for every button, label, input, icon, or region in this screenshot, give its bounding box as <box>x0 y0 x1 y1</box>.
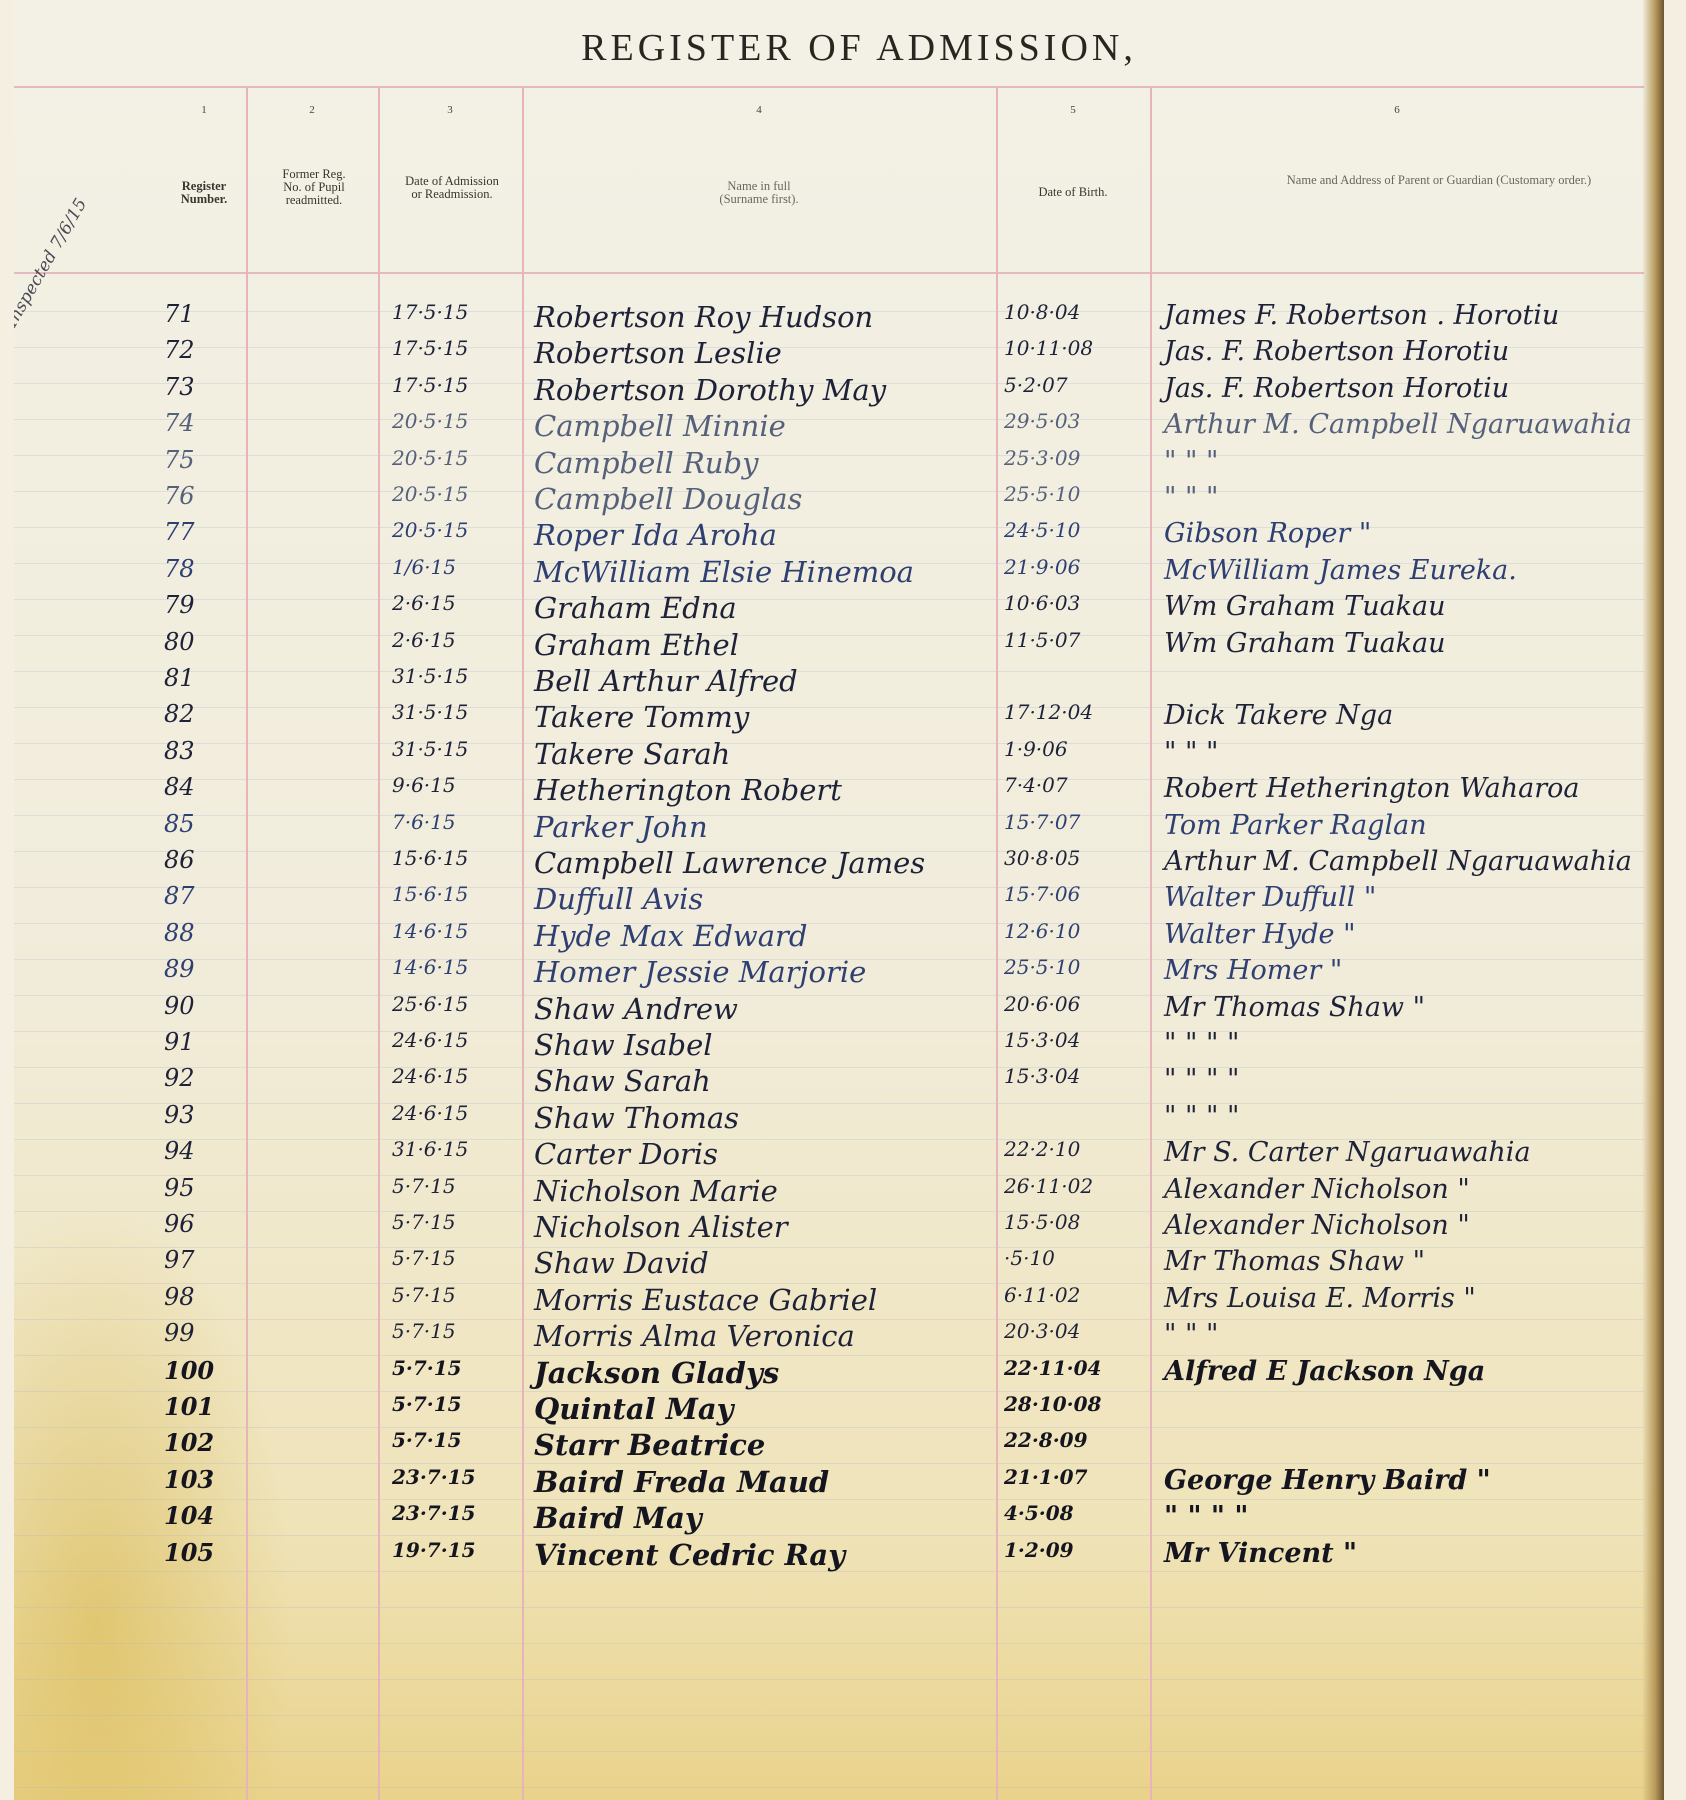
date-of-birth: 15·7·07 <box>1004 810 1154 846</box>
date-of-birth: 15·7·06 <box>1004 882 1154 918</box>
table-row: 94 31·6·15 Carter Doris 22·2·10 Mr S. Ca… <box>14 1137 1644 1173</box>
table-row: 96 5·7·15 Nicholson Alister 15·5·08 Alex… <box>14 1210 1644 1246</box>
pupil-name: Starr Beatrice <box>534 1428 1004 1464</box>
date-of-birth: 25·3·09 <box>1004 446 1154 482</box>
pupil-name: Takere Tommy <box>534 700 1004 736</box>
date-of-birth: 17·12·04 <box>1004 700 1154 736</box>
date-of-birth: ·5·10 <box>1004 1246 1154 1282</box>
register-number: 80 <box>164 628 254 664</box>
table-row: 103 23·7·15 Baird Freda Maud 21·1·07 Geo… <box>14 1465 1644 1501</box>
admission-date: 14·6·15 <box>392 955 532 991</box>
admission-date: 5·7·15 <box>392 1319 532 1355</box>
register-number: 93 <box>164 1101 254 1137</box>
date-of-birth: 10·11·08 <box>1004 336 1154 372</box>
parent-guardian: " " " <box>1164 1319 1644 1355</box>
pupil-name: Campbell Ruby <box>534 446 1004 482</box>
parent-guardian: Mrs Louisa E. Morris " <box>1164 1283 1644 1319</box>
parent-guardian: Alexander Nicholson " <box>1164 1210 1644 1246</box>
table-row: 79 2·6·15 Graham Edna 10·6·03 Wm Graham … <box>14 591 1644 627</box>
pupil-name: Carter Doris <box>534 1137 1004 1173</box>
pupil-name: Roper Ida Aroha <box>534 518 1004 554</box>
date-of-birth: 21·9·06 <box>1004 555 1154 591</box>
register-number: 98 <box>164 1283 254 1319</box>
register-number: 99 <box>164 1319 254 1355</box>
pupil-name: Graham Ethel <box>534 628 1004 664</box>
admission-date: 24·6·15 <box>392 1064 532 1100</box>
admission-date: 17·5·15 <box>392 336 532 372</box>
table-row: 80 2·6·15 Graham Ethel 11·5·07 Wm Graham… <box>14 628 1644 664</box>
register-number: 84 <box>164 773 254 809</box>
parent-guardian: " " " " <box>1164 1028 1644 1064</box>
table-row: 85 7·6·15 Parker John 15·7·07 Tom Parker… <box>14 810 1644 846</box>
parent-guardian: Robert Hetherington Waharoa <box>1164 773 1644 809</box>
admission-date: 20·5·15 <box>392 409 532 445</box>
admission-date: 5·7·15 <box>392 1356 532 1392</box>
parent-guardian: Alexander Nicholson " <box>1164 1174 1644 1210</box>
register-number: 91 <box>164 1028 254 1064</box>
pupil-name: Morris Alma Veronica <box>534 1319 1004 1355</box>
table-row: 98 5·7·15 Morris Eustace Gabriel 6·11·02… <box>14 1283 1644 1319</box>
pupil-name: Baird Freda Maud <box>534 1465 1004 1501</box>
date-of-birth: 1·9·06 <box>1004 737 1154 773</box>
admission-date: 20·5·15 <box>392 482 532 518</box>
parent-guardian: " " " " <box>1164 1101 1644 1137</box>
admission-date: 5·7·15 <box>392 1210 532 1246</box>
date-of-birth: 28·10·08 <box>1004 1392 1154 1428</box>
date-of-birth: 20·3·04 <box>1004 1319 1154 1355</box>
register-number: 103 <box>164 1465 254 1501</box>
parent-guardian: Mr Vincent " <box>1164 1538 1644 1574</box>
register-number: 72 <box>164 336 254 372</box>
date-of-birth: 6·11·02 <box>1004 1283 1154 1319</box>
parent-guardian: McWilliam James Eureka. <box>1164 555 1644 591</box>
admission-date: 23·7·15 <box>392 1501 532 1537</box>
column-number: 3 <box>378 104 522 116</box>
parent-guardian: Wm Graham Tuakau <box>1164 628 1644 664</box>
admission-date: 31·6·15 <box>392 1137 532 1173</box>
admission-date: 14·6·15 <box>392 919 532 955</box>
admission-date: 7·6·15 <box>392 810 532 846</box>
date-of-birth: 21·1·07 <box>1004 1465 1154 1501</box>
parent-guardian <box>1164 1428 1644 1464</box>
date-of-birth: 25·5·10 <box>1004 955 1154 991</box>
table-row: 104 23·7·15 Baird May 4·5·08 " " " " <box>14 1501 1644 1537</box>
table-row: 81 31·5·15 Bell Arthur Alfred <box>14 664 1644 700</box>
parent-guardian: " " " " <box>1164 1064 1644 1100</box>
date-of-birth: 4·5·08 <box>1004 1501 1154 1537</box>
table-row: 88 14·6·15 Hyde Max Edward 12·6·10 Walte… <box>14 919 1644 955</box>
register-number: 95 <box>164 1174 254 1210</box>
table-row: 87 15·6·15 Duffull Avis 15·7·06 Walter D… <box>14 882 1644 918</box>
admission-date: 5·7·15 <box>392 1246 532 1282</box>
parent-guardian: Gibson Roper " <box>1164 518 1644 554</box>
table-row: 97 5·7·15 Shaw David ·5·10 Mr Thomas Sha… <box>14 1246 1644 1282</box>
parent-guardian: Wm Graham Tuakau <box>1164 591 1644 627</box>
admission-date: 5·7·15 <box>392 1283 532 1319</box>
date-of-birth: 15·5·08 <box>1004 1210 1154 1246</box>
admission-date: 5·7·15 <box>392 1174 532 1210</box>
pupil-name: Takere Sarah <box>534 737 1004 773</box>
register-number: 74 <box>164 409 254 445</box>
date-of-birth: 1·2·09 <box>1004 1538 1154 1574</box>
admission-date: 17·5·15 <box>392 373 532 409</box>
table-row: 71 17·5·15 Robertson Roy Hudson 10·8·04 … <box>14 300 1644 336</box>
table-row: 105 19·7·15 Vincent Cedric Ray 1·2·09 Mr… <box>14 1538 1644 1574</box>
pupil-name: Campbell Douglas <box>534 482 1004 518</box>
register-number: 81 <box>164 664 254 700</box>
table-row: 89 14·6·15 Homer Jessie Marjorie 25·5·10… <box>14 955 1644 991</box>
parent-guardian: Mrs Homer " <box>1164 955 1644 991</box>
parent-guardian: Mr Thomas Shaw " <box>1164 1246 1644 1282</box>
date-of-birth: 22·2·10 <box>1004 1137 1154 1173</box>
table-row: 75 20·5·15 Campbell Ruby 25·3·09 " " " <box>14 446 1644 482</box>
pupil-name: Graham Edna <box>534 591 1004 627</box>
date-of-birth <box>1004 664 1154 700</box>
pupil-name: Jackson Gladys <box>534 1356 1004 1392</box>
register-number: 92 <box>164 1064 254 1100</box>
parent-guardian: Arthur M. Campbell Ngaruawahia <box>1164 409 1644 445</box>
pupil-name: Robertson Leslie <box>534 336 1004 372</box>
date-of-birth: 26·11·02 <box>1004 1174 1154 1210</box>
column-number: 1 <box>164 104 244 116</box>
register-number: 89 <box>164 955 254 991</box>
table-row: 73 17·5·15 Robertson Dorothy May 5·2·07 … <box>14 373 1644 409</box>
column-number: 5 <box>996 104 1150 116</box>
register-number: 86 <box>164 846 254 882</box>
pupil-name: Robertson Dorothy May <box>534 373 1004 409</box>
pupil-name: Shaw Isabel <box>534 1028 1004 1064</box>
admission-date: 5·7·15 <box>392 1428 532 1464</box>
column-header-name: Name in full (Surname first). <box>704 180 814 206</box>
pupil-name: Hyde Max Edward <box>534 919 1004 955</box>
pupil-name: Parker John <box>534 810 1004 846</box>
date-of-birth: 11·5·07 <box>1004 628 1154 664</box>
date-of-birth: 15·3·04 <box>1004 1064 1154 1100</box>
table-row: 100 5·7·15 Jackson Gladys 22·11·04 Alfre… <box>14 1356 1644 1392</box>
table-row: 82 31·5·15 Takere Tommy 17·12·04 Dick Ta… <box>14 700 1644 736</box>
parent-guardian <box>1164 1392 1644 1428</box>
date-of-birth: 22·11·04 <box>1004 1356 1154 1392</box>
pupil-name: Homer Jessie Marjorie <box>534 955 1004 991</box>
parent-guardian: Dick Takere Nga <box>1164 700 1644 736</box>
date-of-birth: 15·3·04 <box>1004 1028 1154 1064</box>
column-number: 2 <box>246 104 378 116</box>
column-header-date-admission: Date of Admission or Readmission. <box>404 175 500 201</box>
parent-guardian: " " " <box>1164 482 1644 518</box>
register-number: 104 <box>164 1501 254 1537</box>
register-number: 96 <box>164 1210 254 1246</box>
date-of-birth: 20·6·06 <box>1004 992 1154 1028</box>
table-row: 93 24·6·15 Shaw Thomas " " " " <box>14 1101 1644 1137</box>
date-of-birth: 30·8·05 <box>1004 846 1154 882</box>
column-header-former-reg: Former Reg. No. of Pupil readmitted. <box>276 168 352 207</box>
pupil-name: Quintal May <box>534 1392 1004 1428</box>
table-row: 86 15·6·15 Campbell Lawrence James 30·8·… <box>14 846 1644 882</box>
date-of-birth: 12·6·10 <box>1004 919 1154 955</box>
table-row: 90 25·6·15 Shaw Andrew 20·6·06 Mr Thomas… <box>14 992 1644 1028</box>
pupil-name: Shaw Andrew <box>534 992 1004 1028</box>
table-row: 92 24·6·15 Shaw Sarah 15·3·04 " " " " <box>14 1064 1644 1100</box>
register-number: 102 <box>164 1428 254 1464</box>
register-number: 94 <box>164 1137 254 1173</box>
table-row: 101 5·7·15 Quintal May 28·10·08 <box>14 1392 1644 1428</box>
column-header-parent-guardian: Name and Address of Parent or Guardian (… <box>1274 174 1604 187</box>
parent-guardian: Jas. F. Robertson Horotiu <box>1164 336 1644 372</box>
register-number: 73 <box>164 373 254 409</box>
parent-guardian: Walter Duffull " <box>1164 882 1644 918</box>
pupil-name: Campbell Lawrence James <box>534 846 1004 882</box>
admission-date: 20·5·15 <box>392 518 532 554</box>
pupil-name: Duffull Avis <box>534 882 1004 918</box>
pupil-name: Nicholson Marie <box>534 1174 1004 1210</box>
admission-date: 19·7·15 <box>392 1538 532 1574</box>
date-of-birth: 7·4·07 <box>1004 773 1154 809</box>
column-number: 4 <box>522 104 996 116</box>
register-number: 75 <box>164 446 254 482</box>
pupil-name: Nicholson Alister <box>534 1210 1004 1246</box>
date-of-birth: 10·8·04 <box>1004 300 1154 336</box>
register-number: 101 <box>164 1392 254 1428</box>
parent-guardian: Alfred E Jackson Nga <box>1164 1356 1644 1392</box>
register-number: 87 <box>164 882 254 918</box>
register-page: REGISTER OF ADMISSION, 1 2 3 4 5 6 Regis… <box>14 0 1664 1800</box>
register-number: 90 <box>164 992 254 1028</box>
admission-date: 24·6·15 <box>392 1028 532 1064</box>
admission-date: 25·6·15 <box>392 992 532 1028</box>
pupil-name: Baird May <box>534 1501 1004 1537</box>
register-number: 78 <box>164 555 254 591</box>
admission-date: 31·5·15 <box>392 664 532 700</box>
register-number: 85 <box>164 810 254 846</box>
parent-guardian: Jas. F. Robertson Horotiu <box>1164 373 1644 409</box>
date-of-birth: 22·8·09 <box>1004 1428 1154 1464</box>
date-of-birth: 24·5·10 <box>1004 518 1154 554</box>
register-number: 76 <box>164 482 254 518</box>
table-row: 78 1/6·15 McWilliam Elsie Hinemoa 21·9·0… <box>14 555 1644 591</box>
pupil-name: Campbell Minnie <box>534 409 1004 445</box>
parent-guardian: George Henry Baird " <box>1164 1465 1644 1501</box>
pupil-name: Shaw Sarah <box>534 1064 1004 1100</box>
parent-guardian: " " " <box>1164 446 1644 482</box>
pupil-name: McWilliam Elsie Hinemoa <box>534 555 1004 591</box>
parent-guardian: James F. Robertson . Horotiu <box>1164 300 1644 336</box>
parent-guardian: Arthur M. Campbell Ngaruawahia <box>1164 846 1644 882</box>
register-number: 88 <box>164 919 254 955</box>
register-number: 83 <box>164 737 254 773</box>
date-of-birth: 25·5·10 <box>1004 482 1154 518</box>
admission-date: 31·5·15 <box>392 737 532 773</box>
admission-date: 23·7·15 <box>392 1465 532 1501</box>
date-of-birth: 5·2·07 <box>1004 373 1154 409</box>
register-number: 105 <box>164 1538 254 1574</box>
parent-guardian: Mr Thomas Shaw " <box>1164 992 1644 1028</box>
admission-date: 5·7·15 <box>392 1392 532 1428</box>
admission-date: 2·6·15 <box>392 628 532 664</box>
parent-guardian: Walter Hyde " <box>1164 919 1644 955</box>
parent-guardian: " " " <box>1164 737 1644 773</box>
register-number: 77 <box>164 518 254 554</box>
date-of-birth <box>1004 1101 1154 1137</box>
parent-guardian <box>1164 664 1644 700</box>
table-row: 102 5·7·15 Starr Beatrice 22·8·09 <box>14 1428 1644 1464</box>
admission-date: 31·5·15 <box>392 700 532 736</box>
table-row: 76 20·5·15 Campbell Douglas 25·5·10 " " … <box>14 482 1644 518</box>
column-header-date-of-birth: Date of Birth. <box>996 186 1150 199</box>
pupil-name: Morris Eustace Gabriel <box>534 1283 1004 1319</box>
table-row: 95 5·7·15 Nicholson Marie 26·11·02 Alexa… <box>14 1174 1644 1210</box>
admission-date: 9·6·15 <box>392 773 532 809</box>
table-row: 99 5·7·15 Morris Alma Veronica 20·3·04 "… <box>14 1319 1644 1355</box>
pupil-name: Bell Arthur Alfred <box>534 664 1004 700</box>
register-number: 79 <box>164 591 254 627</box>
date-of-birth: 10·6·03 <box>1004 591 1154 627</box>
table-row: 77 20·5·15 Roper Ida Aroha 24·5·10 Gibso… <box>14 518 1644 554</box>
page-title: REGISTER OF ADMISSION, <box>14 26 1664 70</box>
admission-date: 17·5·15 <box>392 300 532 336</box>
table-row: 83 31·5·15 Takere Sarah 1·9·06 " " " <box>14 737 1644 773</box>
column-header-register-number: Register Number. <box>164 180 244 206</box>
table-row: 72 17·5·15 Robertson Leslie 10·11·08 Jas… <box>14 336 1644 372</box>
date-of-birth: 29·5·03 <box>1004 409 1154 445</box>
page-title-text: REGISTER OF ADMISSION, <box>541 27 1137 69</box>
table-row: 84 9·6·15 Hetherington Robert 7·4·07 Rob… <box>14 773 1644 809</box>
pupil-name: Vincent Cedric Ray <box>534 1538 1004 1574</box>
parent-guardian: Mr S. Carter Ngaruawahia <box>1164 1137 1644 1173</box>
pupil-name: Robertson Roy Hudson <box>534 300 1004 336</box>
admission-date: 24·6·15 <box>392 1101 532 1137</box>
register-number: 97 <box>164 1246 254 1282</box>
header-bottom-rule <box>14 272 1644 274</box>
pupil-name: Shaw David <box>534 1246 1004 1282</box>
register-number: 100 <box>164 1356 254 1392</box>
column-number: 6 <box>1150 104 1644 116</box>
admission-date: 2·6·15 <box>392 591 532 627</box>
register-number: 82 <box>164 700 254 736</box>
parent-guardian: " " " " <box>1164 1501 1644 1537</box>
header-top-rule <box>14 86 1644 88</box>
admission-date: 15·6·15 <box>392 846 532 882</box>
table-row: 91 24·6·15 Shaw Isabel 15·3·04 " " " " <box>14 1028 1644 1064</box>
admission-date: 15·6·15 <box>392 882 532 918</box>
table-row: 74 20·5·15 Campbell Minnie 29·5·03 Arthu… <box>14 409 1644 445</box>
admission-date: 20·5·15 <box>392 446 532 482</box>
register-number: 71 <box>164 300 254 336</box>
pupil-name: Shaw Thomas <box>534 1101 1004 1137</box>
pupil-name: Hetherington Robert <box>534 773 1004 809</box>
parent-guardian: Tom Parker Raglan <box>1164 810 1644 846</box>
admission-date: 1/6·15 <box>392 555 532 591</box>
